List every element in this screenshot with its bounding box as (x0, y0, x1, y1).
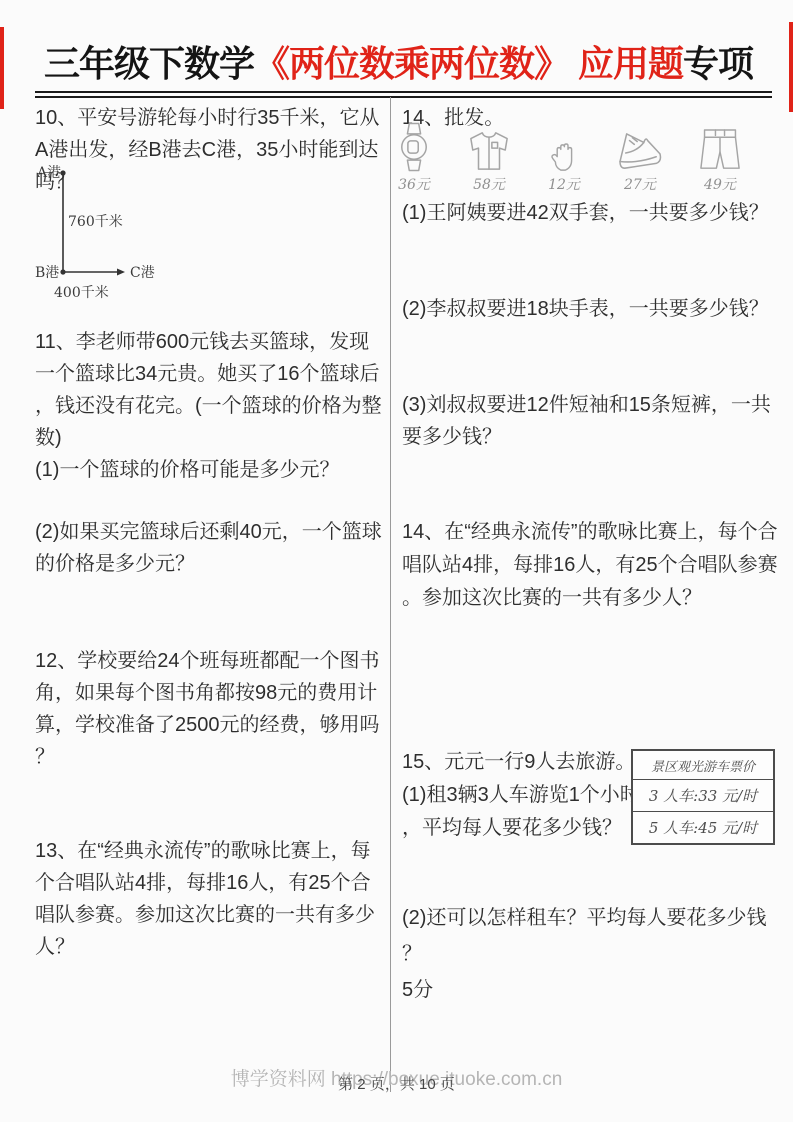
price-item-glove: 12元 (548, 143, 580, 194)
port-c-label: C港 (130, 265, 155, 281)
glove-icon (550, 143, 577, 172)
port-a-label: A港 (36, 165, 61, 181)
title-prefix: 三年级下数学 (44, 43, 254, 84)
price-label: 27元 (624, 174, 656, 194)
price-table-header: 景区观光游车票价 (633, 751, 773, 780)
question-14-sub2: (2)李叔叔要进18块手表，一共要多少钱？ (402, 293, 778, 325)
bus-price-table: 景区观光游车票价 3 人车:33 元/时 5 人车:45 元/时 (631, 749, 775, 845)
question-11-text: 11、李老师带600元钱去买篮球，发现一个篮球比34元贵。她买了16个篮球后，钱… (35, 326, 385, 454)
question-15-score: 5分 (402, 972, 778, 1008)
port-a-dot (60, 170, 65, 175)
question-14-sub1: (1)王阿姨要进42双手套，一共要多少钱？ (402, 197, 778, 229)
price-item-sneaker: 27元 (618, 132, 662, 194)
question-14b-text: 14、在“经典永流传”的歌咏比赛上，每个合唱队站4排，每排16人，有25个合唱队… (402, 516, 778, 615)
shorts-icon (700, 128, 740, 172)
question-11-sub1: (1)一个篮球的价格可能是多少元？ (35, 454, 385, 486)
price-item-shorts: 49元 (700, 128, 740, 194)
question-15-block: 15、元元一行9人去旅游。 (1)租3辆3人车游览1个小时，平均每人要花多少钱？… (402, 746, 778, 845)
question-15-line1: 15、元元一行9人去旅游。 (402, 746, 642, 779)
price-label: 36元 (398, 174, 430, 194)
column-divider (390, 97, 391, 1092)
price-table-row-5seat: 5 人车:45 元/时 (633, 811, 773, 843)
question-15-sub2-block: (2)还可以怎样租车？平均每人要花多少钱？ 5分 (402, 900, 778, 1008)
title-highlight: 《两位数乘两位数》 应用题 (254, 43, 683, 84)
red-edge-mark-right (789, 22, 793, 112)
page-number: 第 2 页，共 10 页 (0, 1073, 793, 1094)
price-item-watch: 36元 (398, 122, 430, 194)
sneaker-icon (618, 132, 662, 172)
wholesale-items-row: 36元 58元 12元 27元 49元 (398, 124, 740, 194)
page-title: 三年级下数学《两位数乘两位数》 应用题专项 (44, 36, 784, 87)
red-edge-mark-left (0, 27, 4, 109)
price-label: 12元 (548, 174, 580, 194)
question-14-sub3: (3)刘叔叔要进12件短袖和15条短裤，一共要多少钱？ (402, 389, 778, 453)
route-diagram: A港 760千米 B港 C港 400千米 (34, 162, 194, 307)
title-double-rule (35, 91, 772, 98)
distance-ab-label: 760千米 (68, 213, 123, 230)
distance-bc-label: 400千米 (54, 284, 109, 301)
route-bc-arrowhead (117, 269, 125, 276)
port-b-label: B港 (35, 265, 59, 281)
price-item-shirt: 58元 (468, 130, 510, 194)
shirt-icon (468, 130, 510, 172)
price-table-row-3seat: 3 人车:33 元/时 (633, 780, 773, 811)
title-suffix: 专项 (683, 43, 753, 84)
price-label: 58元 (473, 174, 505, 194)
question-15-sub2: (2)还可以怎样租车？平均每人要花多少钱？ (402, 900, 778, 972)
question-15-sub1: (1)租3辆3人车游览1个小时，平均每人要花多少钱？ (402, 779, 642, 845)
question-11-sub2: (2)如果买完篮球后还剩40元，一个篮球的价格是多少元？ (35, 516, 385, 580)
watch-icon (398, 122, 430, 172)
question-11-block: 11、李老师带600元钱去买篮球，发现一个篮球比34元贵。她买了16个篮球后，钱… (35, 326, 385, 486)
port-b-dot (60, 269, 65, 274)
question-12-text: 12、学校要给24个班每班都配一个图书角，如果每个图书角都按98元的费用计算，学… (35, 645, 385, 773)
question-13-text: 13、在“经典永流传”的歌咏比赛上，每个合唱队站4排，每排16人，有25个合唱队… (35, 835, 385, 963)
price-label: 49元 (704, 174, 736, 194)
